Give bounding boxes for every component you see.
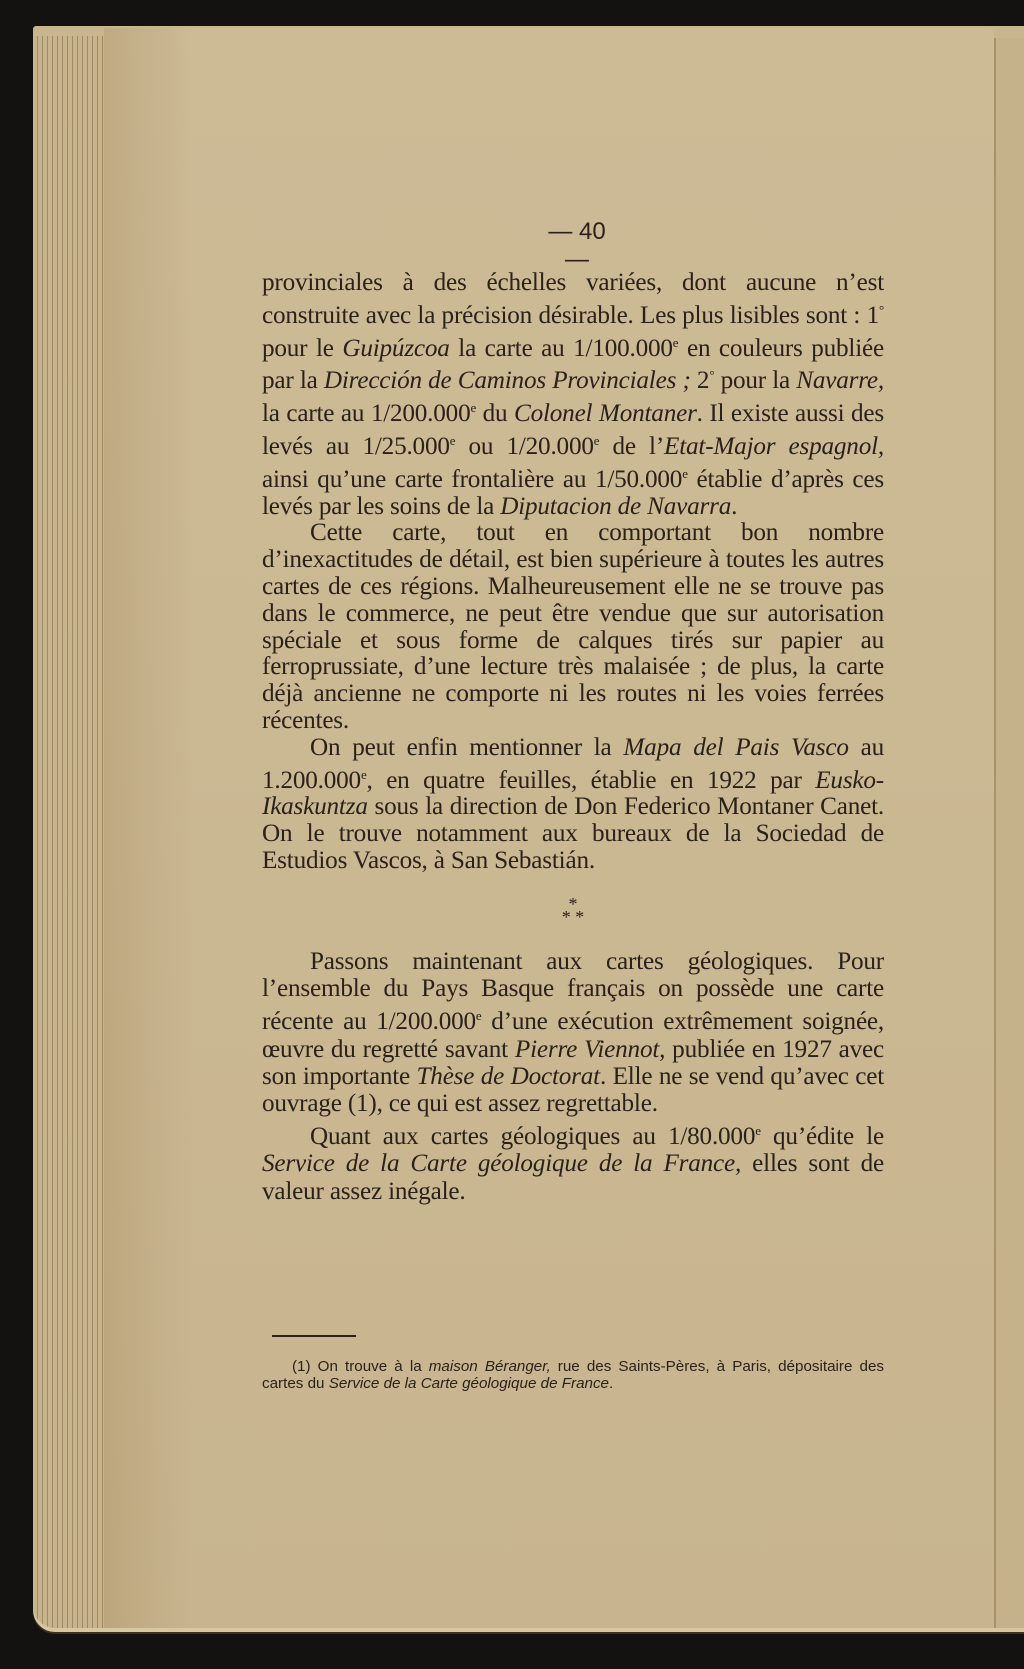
italic-title: Pierre Viennot, bbox=[515, 1036, 665, 1063]
italic-title: Dirección de Caminos Provinciales ; bbox=[324, 367, 691, 394]
text-run: ou 1/20.000 bbox=[455, 433, 593, 460]
text-run: la carte au 1/100.000 bbox=[450, 335, 673, 362]
italic-title: Thèse de Doctorat bbox=[417, 1063, 600, 1090]
footnote: (1) On trouve à la maison Béranger, rue … bbox=[262, 1358, 884, 1392]
italic-title: Mapa del Pais Vasco bbox=[623, 734, 848, 761]
italic-title: Guipúzcoa bbox=[342, 335, 449, 362]
asterism-bottom: * * bbox=[262, 911, 884, 924]
spine-shadow bbox=[104, 28, 194, 1628]
text-run: pour le bbox=[262, 335, 342, 362]
paragraph: On peut enfin mentionner la Mapa del Pai… bbox=[262, 735, 884, 875]
text-run: , en quatre feuilles, établie en 1922 pa… bbox=[367, 767, 816, 794]
page-edges bbox=[33, 36, 108, 1628]
geology-section-text: Passons maintenant aux cartes géologique… bbox=[262, 948, 884, 1205]
next-page-edge bbox=[994, 38, 1024, 1628]
text-run: 2 bbox=[691, 367, 710, 394]
paragraph: Passons maintenant aux cartes géologique… bbox=[262, 948, 884, 1117]
body-text: provinciales à des échelles variées, don… bbox=[262, 270, 884, 875]
text-run: . bbox=[731, 493, 737, 520]
paragraph: Cette carte, tout en comportant bon nomb… bbox=[262, 520, 884, 734]
text-run: Quant aux cartes géologiques au 1/80.000 bbox=[310, 1123, 755, 1150]
paragraph: provinciales à des échelles variées, don… bbox=[262, 270, 884, 520]
text-run: qu’édite le bbox=[761, 1123, 884, 1150]
italic-title: Navarre, bbox=[796, 367, 884, 394]
italic-title: Colonel Montaner bbox=[514, 400, 697, 427]
asterism-section-break: * * * bbox=[262, 898, 884, 924]
text-run: pour la bbox=[714, 367, 796, 394]
text-run: de l’ bbox=[599, 433, 664, 460]
text-run: (1) On trouve à la bbox=[292, 1358, 429, 1375]
text-run: la carte au 1/200.000 bbox=[262, 400, 470, 427]
ordinal-superscript: ° bbox=[879, 302, 884, 317]
text-run: On peut enfin mentionner la bbox=[310, 734, 623, 761]
text-run: du bbox=[476, 400, 514, 427]
text-run: Cette carte, tout en comportant bon nomb… bbox=[262, 519, 884, 734]
italic-title: maison Béranger, bbox=[429, 1358, 551, 1375]
page-number: — 40 — bbox=[534, 218, 620, 274]
italic-title: Service de la Carte géologique de France bbox=[329, 1375, 609, 1392]
footnote-text: (1) On trouve à la maison Béranger, rue … bbox=[262, 1358, 884, 1392]
italic-title: Diputacion de Navarra bbox=[500, 493, 731, 520]
italic-title: Service de la Carte géologique de la Fra… bbox=[262, 1150, 741, 1177]
italic-title: Etat-Major espagnol, bbox=[664, 433, 884, 460]
text-run: provinciales à des échelles variées, don… bbox=[262, 269, 884, 329]
text-run: ainsi qu’une carte frontalière au 1/50.0… bbox=[262, 466, 682, 493]
paragraph: Quant aux cartes géologiques au 1/80.000… bbox=[262, 1117, 884, 1205]
text-run: . bbox=[609, 1375, 613, 1392]
footnote-rule bbox=[272, 1335, 356, 1337]
